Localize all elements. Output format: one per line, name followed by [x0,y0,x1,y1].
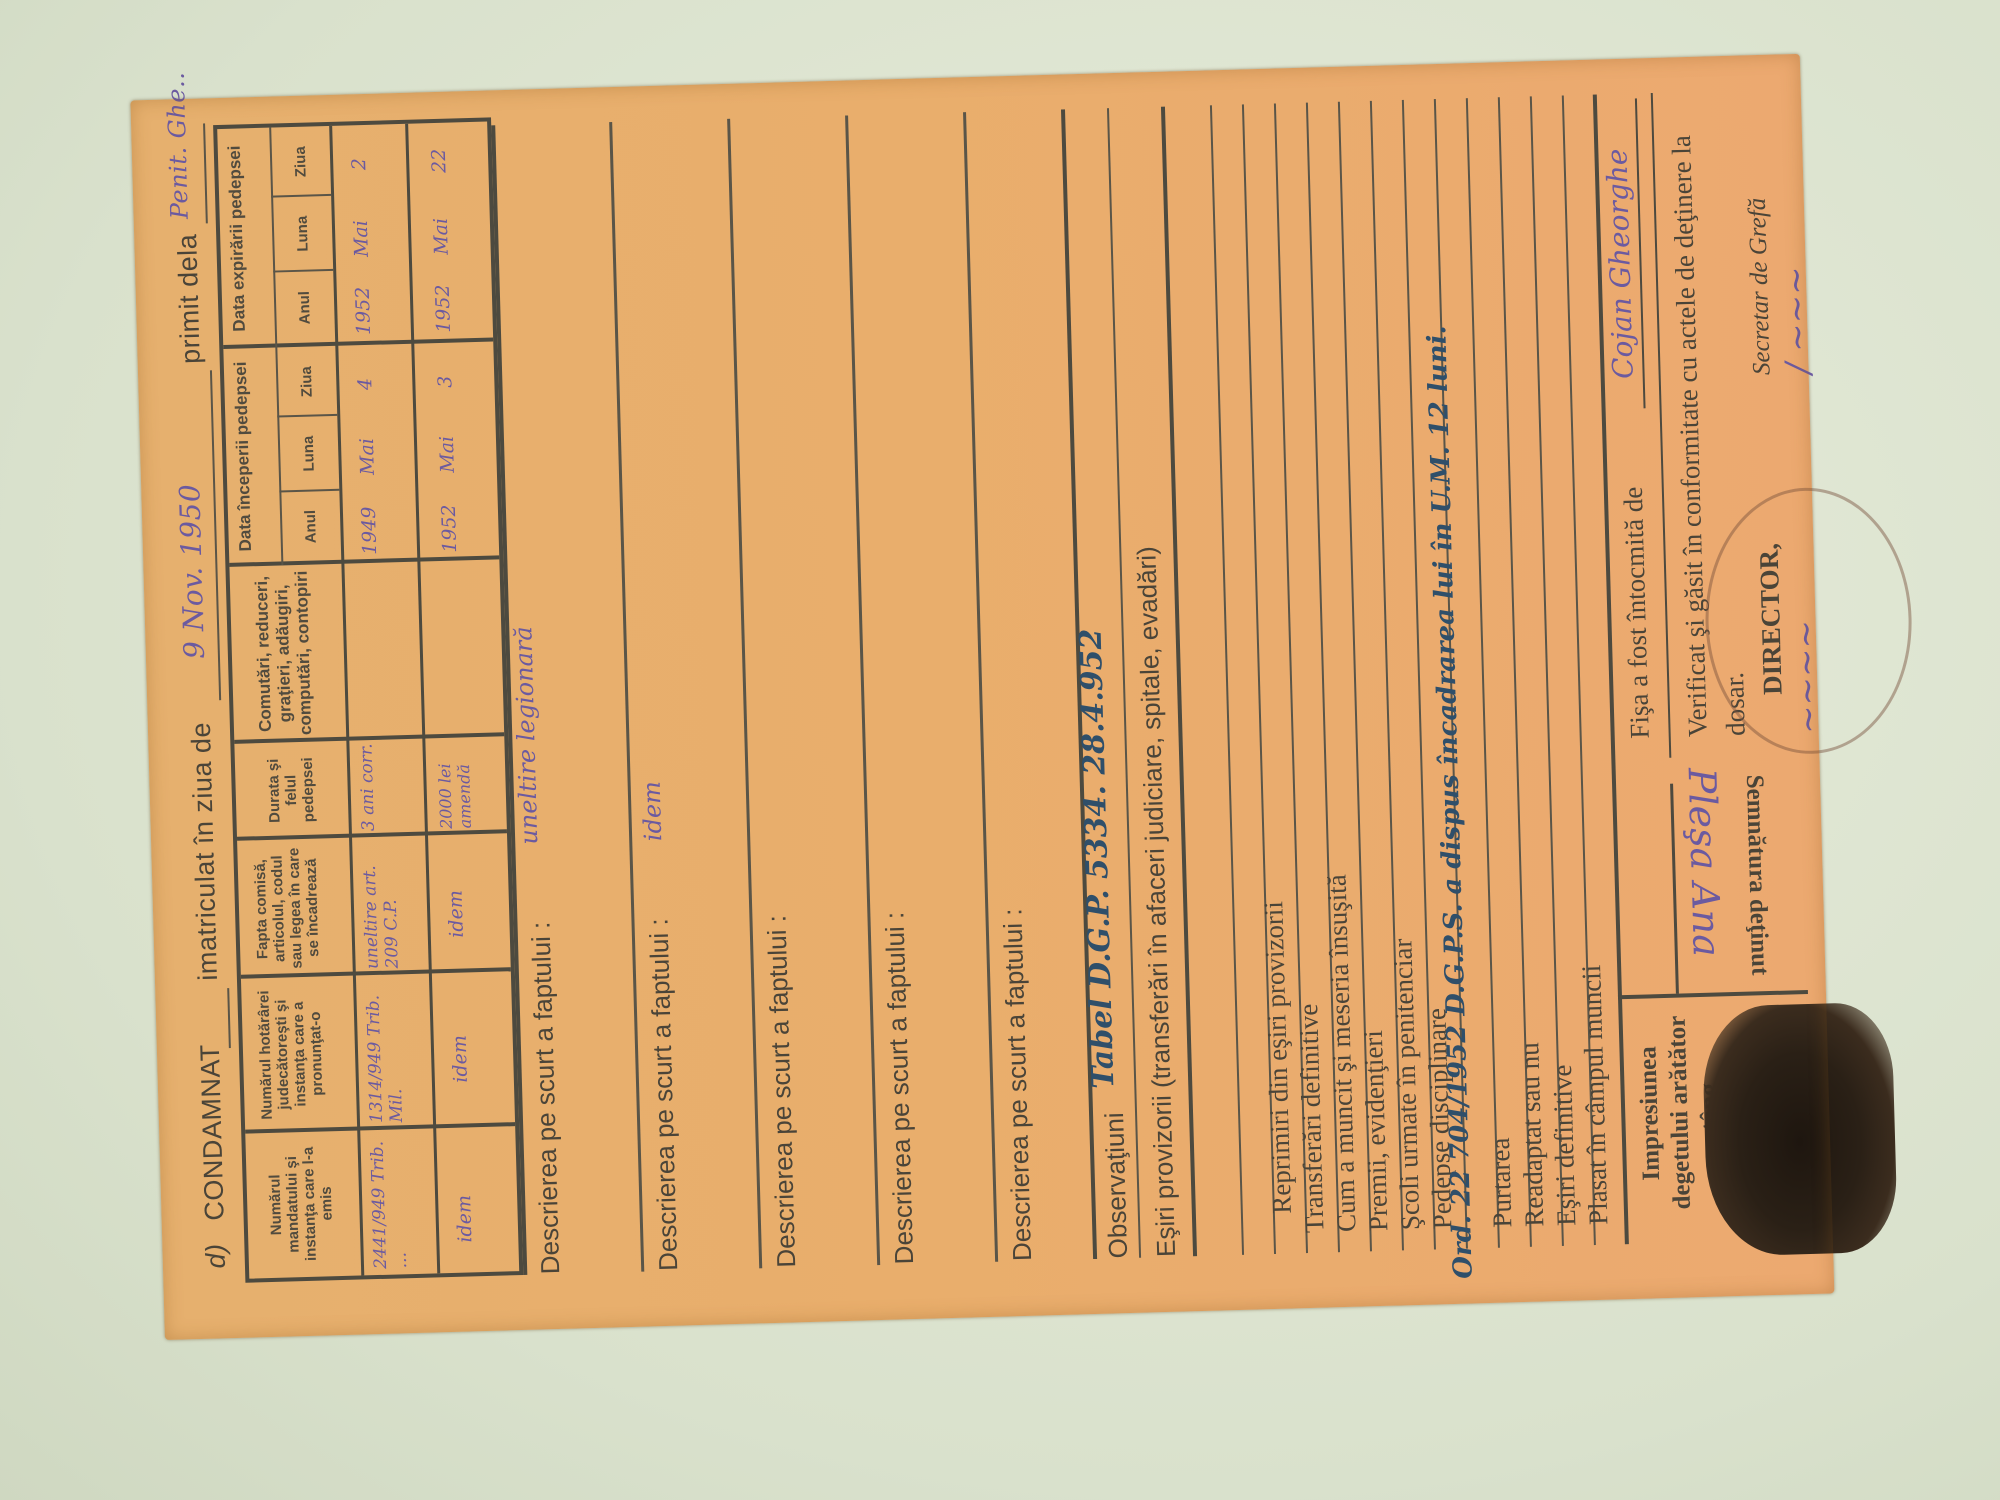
item-transferari: Transferări definitive [1293,1003,1330,1233]
item-purtarea: Purtarea [1485,1137,1518,1228]
fingerprint-impression [1701,1002,1898,1257]
col-fapta: Fapta comisă, articolul, codul sau legea… [251,843,323,975]
item-reprimiri: Reprimiri din eşiri provizorii [1258,901,1298,1214]
semnatura-value: Pleşa Ana [1680,767,1729,957]
secretar-label: Secretar de Grefă [1744,197,1777,375]
director-label: DIRECTOR, [1753,543,1788,696]
row2-end-anul: 1952 [432,284,455,333]
record-items: Reprimiri din eşiri provizorii Transferă… [1176,95,1628,1256]
observations-label: Observaţiuni [1099,1112,1134,1259]
col-group-start: Data începerii pedepsei [231,350,254,562]
row1-durata: 3 ani corr. [356,741,379,832]
row2-start-anul: 1952 [438,504,461,553]
fisa-label: Fişa a fost întocmită de [1618,486,1656,739]
row2-start-ziua: 3 [434,375,456,388]
row1-hotarare: 1314/949 Trib. Mil. [363,977,407,1123]
item-premii: Premii, evidenţieri [1358,1030,1395,1232]
description-label-4: Descrierea pe scurt a faptului : [879,911,920,1264]
row1-mandat: 2441/949 Trib. ... [367,1133,411,1269]
col-comutari: Comutări, reduceri, graţieri, adăugiri, … [252,569,317,739]
observations-note: Tabel D.G.P. 5334. 28.4.952 [1074,628,1122,1089]
description-label-2: Descrierea pe scurt a faptului : [643,918,684,1271]
row2-fapta: idem [445,890,468,938]
record-card: d) CONDAMNAT imatriculat în ziua de 9 No… [130,54,1834,1340]
description-label-3: Descrierea pe scurt a faptului : [761,915,802,1268]
sub-luna-end: Luna [293,199,312,269]
row2-start-luna: Mai [436,436,459,473]
sub-anul-start: Anul [301,492,320,560]
row2-durata: 2000 lei amendă [434,738,474,829]
sub-luna-start: Luna [299,418,318,488]
row1-start-luna: Mai [356,438,379,475]
sub-anul-end: Anul [295,272,314,342]
item-plasat: Plasat în câmpul muncii [1576,964,1614,1225]
row1-end-luna: Mai [350,220,373,257]
item-esiri-definitive: Eşiri definitive [1547,1064,1582,1226]
imatriculat-date: 9 Nov. 1950 [173,483,211,659]
col-mandat: Numărul mandatului şi instanţa care l-a … [265,1134,337,1274]
description-section: Descrierea pe scurt a faptului : uneltir… [491,110,1083,1275]
description-value-2: idem [638,781,668,842]
row1-fapta: uneltire art. 209 C.P. [359,838,403,969]
row2-hotarare: idem [449,1035,472,1083]
row1-start-anul: 1949 [358,506,381,555]
description-label-1: Descrierea pe scurt a faptului : [525,921,566,1274]
row1-start-ziua: 4 [354,378,376,391]
semnatura-label: Semnătura deţinut [1740,774,1774,975]
col-group-end: Data expirării pedepsei [225,132,248,344]
row1-end-anul: 1952 [352,286,375,335]
section-title: CONDAMNAT [195,1044,231,1221]
esiri-provizorii-label: Eşiri provizorii (transferări în afaceri… [1131,546,1182,1258]
fisa-by: Cojan Gheorghe [1600,148,1639,379]
sentence-table: Numărul mandatului şi instanţa care l-a … [213,117,523,1282]
imatriculat-label: imatriculat în ziua de [186,722,224,981]
col-durata: Durata şi felul pedepsei [264,745,317,836]
primit-label: primit dela [172,233,207,364]
col-hotarare: Numărul hotărârei judecătoreşti şi insta… [255,980,327,1128]
secretar-signature: / ~~~ [1776,266,1819,375]
row2-end-ziua: 22 [428,148,451,173]
section-letter: d) [200,1243,232,1269]
description-label-5: Descrierea pe scurt a faptului : [997,908,1038,1261]
row2-mandat: idem [453,1195,476,1243]
description-value-1: uneltire legionară [509,626,543,845]
sub-ziua-end: Ziua [291,131,310,193]
sub-ziua-start: Ziua [297,348,316,414]
row2-end-luna: Mai [430,218,453,255]
primit-from: Penit. Ghe.. [162,71,194,219]
director-signature: ~~~~ [1786,619,1829,734]
item-readaptat: Readaptat sau nu [1514,1042,1550,1227]
row1-end-ziua: 2 [348,158,370,171]
